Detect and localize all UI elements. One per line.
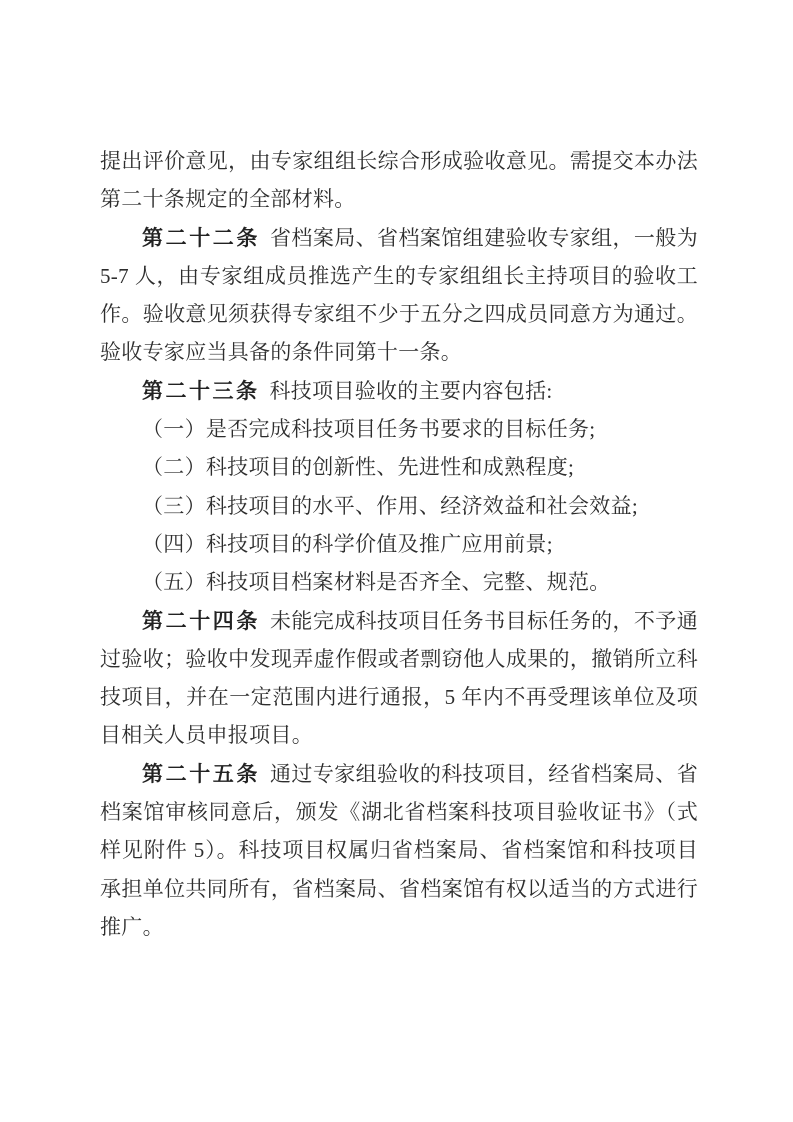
text-line: 验收专家应当具备的条件同第十一条。	[100, 333, 698, 371]
text-line: （二）科技项目的创新性、先进性和成熟程度;	[100, 448, 698, 486]
article-number: 第二十五条	[142, 762, 260, 786]
article-number: 第二十四条	[142, 609, 260, 633]
document-body: 提出评价意见，由专家组组长综合形成验收意见。需提交本办法第二十条规定的全部材料。…	[100, 142, 698, 946]
text-line: （三）科技项目的水平、作用、经济效益和社会效益;	[100, 487, 698, 525]
text-line: 提出评价意见，由专家组组长综合形成验收意见。需提交本办法	[100, 142, 698, 180]
text-line: 技项目，并在一定范围内进行通报，5 年内不再受理该单位及项	[100, 678, 698, 716]
article-line: 第二十四条未能完成科技项目任务书目标任务的，不予通	[100, 602, 698, 640]
text-line: 第二十条规定的全部材料。	[100, 180, 698, 218]
article-number: 第二十三条	[142, 379, 260, 403]
article-text: 省档案局、省档案馆组建验收专家组，一般为	[270, 226, 698, 250]
text-line: 目相关人员申报项目。	[100, 716, 698, 754]
article-line: 第二十三条科技项目验收的主要内容包括:	[100, 372, 698, 410]
text-line: （四）科技项目的科学价值及推广应用前景;	[100, 525, 698, 563]
document-page: 提出评价意见，由专家组组长综合形成验收意见。需提交本办法第二十条规定的全部材料。…	[0, 0, 793, 1122]
text-line: 承担单位共同所有，省档案局、省档案馆有权以适当的方式进行	[100, 870, 698, 908]
article-text: 通过专家组验收的科技项目，经省档案局、省	[270, 762, 698, 786]
text-line: （五）科技项目档案材料是否齐全、完整、规范。	[100, 563, 698, 601]
text-line: 推广。	[100, 908, 698, 946]
article-line: 第二十二条省档案局、省档案馆组建验收专家组，一般为	[100, 219, 698, 257]
text-line: 过验收；验收中发现弄虚作假或者剽窃他人成果的，撤销所立科	[100, 640, 698, 678]
article-text: 未能完成科技项目任务书目标任务的，不予通	[270, 609, 698, 633]
article-line: 第二十五条通过专家组验收的科技项目，经省档案局、省	[100, 755, 698, 793]
text-line: 样见附件 5）。科技项目权属归省档案局、省档案馆和科技项目	[100, 831, 698, 869]
text-line: （一）是否完成科技项目任务书要求的目标任务;	[100, 410, 698, 448]
text-line: 5-7 人，由专家组成员推选产生的专家组组长主持项目的验收工	[100, 257, 698, 295]
article-number: 第二十二条	[142, 226, 260, 250]
text-line: 档案馆审核同意后，颁发《湖北省档案科技项目验收证书》（式	[100, 793, 698, 831]
article-text: 科技项目验收的主要内容包括:	[270, 379, 553, 403]
text-line: 作。验收意见须获得专家组不少于五分之四成员同意方为通过。	[100, 295, 698, 333]
